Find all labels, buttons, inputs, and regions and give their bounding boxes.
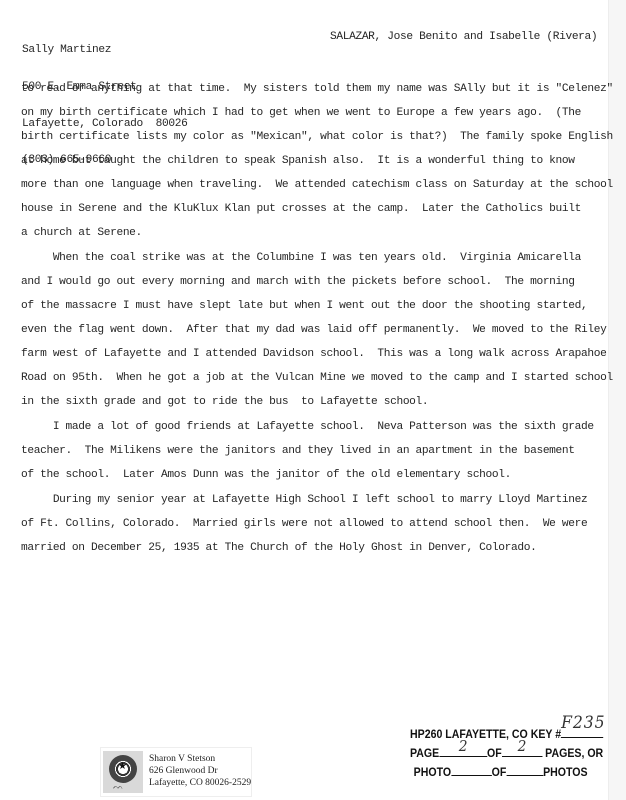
archive-stamp: HP260 LAFAYETTE, CO KEY #F235 PAGE2OF2 P…: [410, 726, 603, 783]
of-label: OF: [487, 748, 502, 760]
photos-of-label: OF: [492, 767, 507, 779]
key-value: F235: [561, 714, 603, 733]
label-city: Lafayette, CO 80026-2529: [149, 777, 251, 789]
pages-suffix: PAGES, OR: [545, 748, 603, 760]
body-line: of Ft. Collins, Colorado. Married girls …: [21, 518, 587, 530]
body-line: in the sixth grade and got to ride the b…: [21, 396, 428, 408]
body-line: teacher. The Milikens were the janitors …: [21, 445, 575, 457]
page-value: 2: [439, 737, 487, 756]
body-line: Road on 95th. When he got a job at the V…: [21, 372, 613, 384]
body-line: and I would go out every morning and mar…: [21, 276, 575, 288]
author-name: Sally Martinez: [22, 44, 187, 56]
label-name: Sharon V Stetson: [149, 753, 251, 765]
address-label-text: Sharon V Stetson 626 Glenwood Dr Lafayet…: [149, 753, 251, 789]
page-edge: [608, 0, 626, 800]
label-street: 626 Glenwood Dr: [149, 765, 251, 777]
photo-field: [451, 764, 491, 776]
pages-value: 2: [502, 737, 542, 756]
body-line: married on December 25, 1935 at The Chur…: [21, 542, 536, 554]
body-line: more than one language when traveling. W…: [21, 179, 613, 191]
body-line: at home but taught the children to speak…: [21, 155, 575, 167]
photos-suffix: PHOTOS: [543, 767, 587, 779]
address-label: ★ ᨓ Sharon V Stetson 626 Glenwood Dr Laf…: [100, 747, 252, 797]
body-line: a church at Serene.: [21, 227, 142, 239]
body-line: house in Serene and the KluKlux Klan put…: [21, 203, 581, 215]
photo-label: PHOTO: [414, 767, 451, 779]
photos-total-field: [506, 764, 543, 776]
pages-field: 2: [502, 745, 542, 757]
body-line: When the coal strike was at the Columbin…: [21, 252, 581, 264]
body-line: I made a lot of good friends at Lafayett…: [21, 421, 594, 433]
body-line: birth certificate lists my color as "Mex…: [21, 131, 613, 143]
author-city: Lafayette, Colorado 80026: [22, 118, 187, 130]
wreath-seal-icon: ★ ᨓ: [103, 751, 143, 793]
body-line: to read or anything at that time. My sis…: [21, 83, 613, 95]
stamp-page-row: PAGE2OF2 PAGES, OR: [410, 745, 603, 764]
body-line: on my birth certificate which I had to g…: [21, 107, 581, 119]
body-line: of the massacre I must have slept late b…: [21, 300, 587, 312]
body-line: of the school. Later Amos Dunn was the j…: [21, 469, 511, 481]
body-line: even the flag went down. After that my d…: [21, 324, 606, 336]
body-line: farm west of Lafayette and I attended Da…: [21, 348, 606, 360]
family-title: SALAZAR, Jose Benito and Isabelle (River…: [330, 31, 597, 43]
key-field: F235: [561, 726, 603, 738]
page-label: PAGE: [410, 748, 439, 760]
stamp-photo-row: PHOTOOFPHOTOS: [410, 764, 603, 783]
page-field: 2: [439, 745, 487, 757]
body-line: During my senior year at Lafayette High …: [21, 494, 587, 506]
